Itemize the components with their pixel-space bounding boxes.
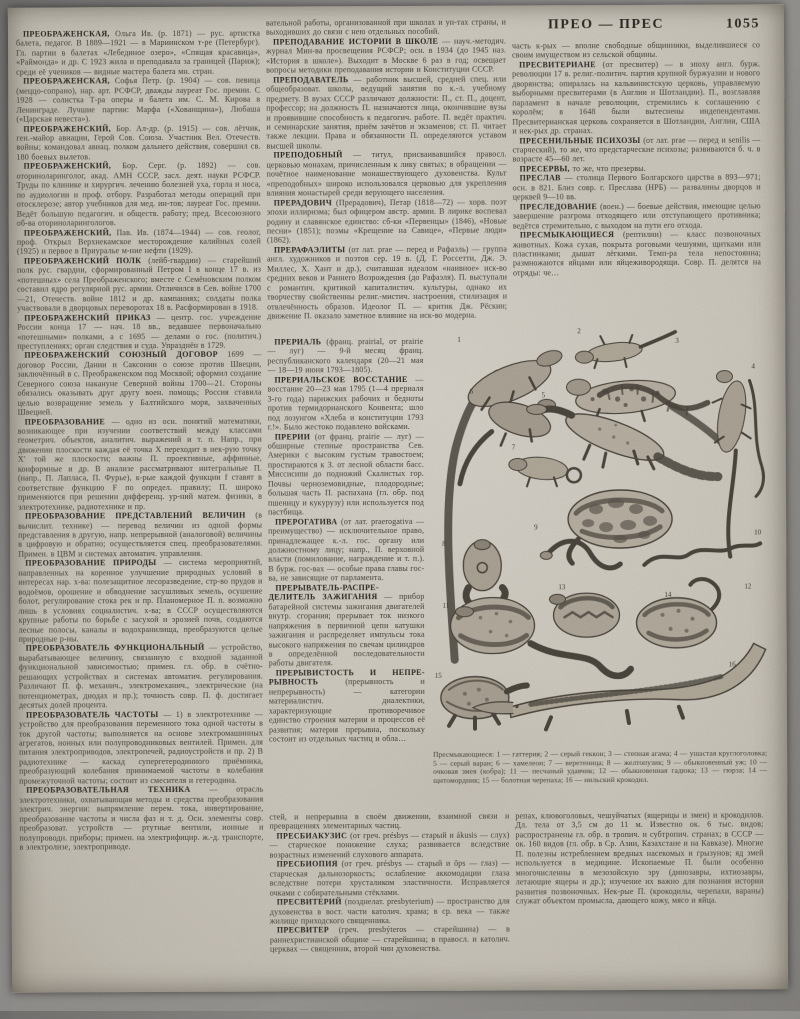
page-number: 1055 — [726, 16, 760, 32]
scanned-encyclopedia-photo: { "header": { "title": "ПРЕО — ПРЕС", "p… — [0, 0, 800, 1011]
dictionary-entry: ПРЕОБРАЗОВАТЕЛЬ ЧАСТОТЫ — 1) в электроте… — [19, 709, 263, 786]
entry-headword: ПРЕОБРАЖЕНСКИЙ, — [24, 162, 123, 171]
entry-headword: ПРЕСВИТЕР — [277, 926, 339, 935]
entry-headword: ПРЕРИИ — [275, 432, 315, 441]
entry-continuation: стей, и непрерывна в своём движении, вза… — [269, 812, 509, 832]
dictionary-entry: ПРЕПОДАВАТЕЛЬ — работник высшей, средней… — [266, 74, 506, 151]
entry-headword: ПРЕРАФАЭЛИТЫ — [274, 245, 349, 254]
dictionary-entry: ПРЕОБРАЖЕНСКАЯ, Софья Петр. (р. 1904) — … — [16, 76, 260, 124]
entry-headword: ПРЕОБРАЖЕНСКИЙ, — [24, 228, 117, 237]
dictionary-entry: ПРЕСЕНИЛЬНЫЕ ПСИХОЗЫ (от лат. prae — пер… — [512, 135, 760, 164]
entry-headword: ПРЕРЫВАТЕЛЬ-РАСПРЕ-ДЕЛИТЕЛЬ ЗАЖИГАНИЯ — [268, 583, 384, 602]
turtle-figure — [441, 676, 527, 728]
figure-caption: Пресмыкающиеся: 1 — гаттерия; 2 — серый … — [433, 749, 767, 812]
figure-number-label: 11 — [442, 602, 449, 610]
entry-headword: ПРЕОБРАЖЕНСКАЯ, — [23, 76, 115, 85]
entry-headword: ПРЕСЛАВ — [520, 174, 565, 183]
dictionary-entry: ПРЕСВИТЕРИАНЕ (от пресвитер) — в эпоху а… — [512, 59, 760, 136]
dictionary-entry: ПРЕОБРАЖЕНСКИЙ, Пав. Ив. (1874—1944) — с… — [17, 227, 261, 256]
entry-continuation: репах, клювоголовых, чешуйчатых (ящерицы… — [515, 810, 763, 906]
figure-number-label: 9 — [534, 523, 538, 531]
dictionary-entry: ПРЕРИАЛЬСКОЕ ВОССТАНИЕ — восстание 20—23… — [267, 375, 423, 432]
viper-coil-figure — [549, 593, 619, 637]
dictionary-entry: ПРЕРЫВИСТОСТЬ И НЕПРЕ-РЫВНОСТЬ (прерывно… — [269, 668, 425, 744]
figure-number-label: 5 — [542, 391, 546, 399]
dictionary-entry: ПРЕОБРАЖЕНСКАЯ, Ольга Ив. (р. 1871) — ру… — [16, 29, 260, 77]
entry-headword: ПРЕОБРАЖЕНСКИЙ СОЮЗНЫЙ ДОГОВОР — [24, 350, 227, 360]
entry-headword: ПРЕОБРАЗОВАНИЕ ПРИРОДЫ — [25, 558, 164, 568]
dictionary-entry: ПРЕРАФАЭЛИТЫ (от лат. prae — перед и Раф… — [267, 244, 507, 321]
column-right-top: часть к-рых — вполне свободные общинники… — [512, 40, 761, 328]
dictionary-entry: ПРЕРЫВАТЕЛЬ-РАСПРЕ-ДЕЛИТЕЛЬ ЗАЖИГАНИЯ — … — [268, 583, 424, 669]
column-middle-top: вательной работы, организованной при шко… — [266, 18, 507, 336]
dictionary-entry: ПРЕСВИТЕРИЙ (позднелат. presbyterium) — … — [270, 897, 510, 926]
entry-headword: ПРЕОБРАЗОВАТЕЛЬ ФУНКЦИОНАЛЬНЫЙ — [26, 643, 209, 653]
figure-number-label: 10 — [754, 528, 761, 536]
dictionary-entry: ПРЕСБИОПИЯ (от греч. présbys — старый и … — [270, 859, 510, 898]
reptiles-illustration: 12345678910111213141516 — [429, 324, 769, 747]
dictionary-entry: ПРЕПОДОБНЫЙ — титул, присваивавшийся пра… — [266, 150, 506, 198]
dictionary-entry: ПРЕРОГАТИВА (от лат. praerogativa — преи… — [268, 516, 424, 583]
dictionary-entry: ПРЕОБРАЗОВАНИЕ ПРИРОДЫ — система меропри… — [18, 558, 262, 644]
dictionary-entry: ПРЕРИИ (от франц. prairie — луг) — обшир… — [268, 431, 424, 517]
dictionary-entry: ПРЕОБРАЖЕНСКИЙ, Бор. Серг. (р. 1892) — с… — [17, 161, 261, 228]
figure-number-label: 8 — [442, 540, 446, 548]
entry-headword: ПРЕОБРАЗОВАТЕЛЬ ЧАСТОТЫ — [26, 710, 163, 720]
entry-headword: ПРЕСЕРВЫ, — [520, 164, 573, 173]
dictionary-entry: ПРЕОБРАЗОВАТЕЛЬ ФУНКЦИОНАЛЬНЫЙ — устройс… — [19, 643, 263, 710]
long-lizard-figure — [712, 370, 751, 556]
running-head: ПРЕО — ПРЕС 1055 — [548, 16, 760, 33]
dictionary-entry: ПРЕСБИАКУЗИС (от греч. présbys — старый … — [269, 830, 509, 859]
dictionary-entry: ПРЕОБРАЗОВАНИЕ — одно из осн. понятий ма… — [18, 416, 262, 512]
column-right-bottom: репах, клювоголовых, чешуйчатых (ящерицы… — [515, 810, 764, 983]
entry-headword: ПРЕОБРАЖЕНСКИЙ, — [23, 124, 116, 133]
figure-number-label: 13 — [558, 583, 565, 591]
small-chameleon-figure — [509, 455, 581, 487]
dictionary-entry: ПРЕОБРАЖЕНСКИЙ, Бор. Ал-др. (р. 1915) — … — [16, 123, 260, 162]
entry-headword: ПРЕСМЫКАЮЩИЕСЯ — [520, 230, 623, 239]
entry-headword: ПРЕРИАЛЬСКОЕ ВОССТАНИЕ — [274, 375, 415, 385]
entry-continuation: часть к-рых — вполне свободные общинники… — [512, 40, 760, 60]
dictionary-entry: ПРЕСЛАВ — столица Первого Болгарского ца… — [513, 173, 761, 202]
column-left: ПРЕОБРАЖЕНСКАЯ, Ольга Ив. (р. 1871) — ру… — [16, 29, 264, 976]
figure-number-label: 12 — [744, 582, 751, 590]
column-middle-narrow: ПРЕРИАЛЬ (франц. prairial, от prairie — … — [267, 337, 425, 816]
entry-headword: ПРЕРИАЛЬ — [274, 337, 326, 346]
entry-headword: ПРЕОБРАЗОВАТЕЛЬНАЯ ТЕХНИКА — [26, 785, 209, 795]
entry-headword: ПРЕСЕНИЛЬНЫЕ ПСИХОЗЫ — [519, 135, 643, 145]
dictionary-entry: ПРЕОБРАЗОВАНИЕ ПРЕДСТАВЛЕНИЙ ВЕЛИЧИН (в … — [18, 511, 262, 559]
figure-number-label: 4 — [751, 362, 755, 370]
entry-headword: ПРЕОБРАЖЕНСКИЙ ПОЛК — [24, 256, 148, 266]
dictionary-entry: ПРЕПОДАВАНИЕ ИСТОРИИ В ШКОЛЕ — науч.-мет… — [266, 36, 506, 75]
entry-headword: ПРЕОБРАЗОВАНИЕ ПРЕДСТАВЛЕНИЙ ВЕЛИЧИН — [25, 511, 255, 521]
entry-headword: ПРЕПОДАВАТЕЛЬ — [273, 75, 353, 84]
dictionary-entry: ПРЕСЛЕДОВАНИЕ (воен.) — боевые действия,… — [513, 201, 761, 230]
dictionary-entry: ПРЕРАДОВИЧ (Прерадович), Петар (1818—72)… — [267, 197, 507, 245]
gecko-figure — [575, 332, 675, 368]
python-coil-figure — [568, 490, 672, 563]
dictionary-entry: ПРЕРИАЛЬ (франц. prairial, от prairie — … — [267, 337, 423, 375]
figure-number-label: 7 — [512, 443, 516, 451]
entry-headword: ПРЕОБРАЖЕНСКАЯ, — [23, 29, 115, 38]
entry-headword: ПРЕСБИОПИЯ — [277, 860, 342, 869]
figure-number-label: 6 — [470, 388, 474, 396]
dictionary-entry: ПРЕСВИТЕР (греч. presbýteros — старейшин… — [270, 925, 510, 954]
figure-number-label: 15 — [435, 672, 442, 680]
entry-headword: ПРЕСВИТЕРИАНЕ — [519, 60, 603, 69]
entry-headword: ПРЕРЫВИСТОСТЬ И НЕПРЕ-РЫВНОСТЬ — [269, 668, 425, 687]
dictionary-entry: ПРЕОБРАЖЕНСКИЙ ПРИКАЗ — центр. гос. учре… — [17, 312, 261, 351]
entry-headword: ПРЕРОГАТИВА — [275, 517, 341, 526]
entry-headword: ПРЕСЛЕДОВАНИЕ — [520, 202, 600, 211]
figure-number-label: 14 — [664, 591, 671, 599]
figure-number-label: 16 — [729, 661, 736, 669]
dictionary-entry: ПРЕСМЫКАЮЩИЕСЯ (рептилии) — класс позвон… — [513, 229, 761, 277]
reptiles-plate-svg — [429, 324, 769, 747]
entry-headword: ПРЕСБИАКУЗИС — [276, 831, 350, 840]
entry-headword: ПРЕОБРАЗОВАНИЕ — [25, 417, 112, 426]
entry-headword: ПРЕСВИТЕРИЙ — [277, 897, 345, 906]
wavy-snake-figure — [644, 543, 760, 565]
encyclopedia-page: ПРЕО — ПРЕС 1055 ПРЕОБРАЖЕНСКАЯ, Ольга И… — [8, 4, 788, 992]
dictionary-entry: ПРЕОБРАЖЕНСКИЙ СОЮЗНЫЙ ДОГОВОР 1699 — до… — [17, 350, 261, 417]
entry-headword: ПРЕПОДОБНЫЙ — [273, 151, 353, 160]
figure-number-label: 2 — [577, 327, 581, 335]
coiled-snake-figure — [636, 579, 719, 648]
entry-headword: ПРЕОБРАЖЕНСКИЙ ПРИКАЗ — [24, 313, 157, 323]
entry-headword: ПРЕПОДАВАНИЕ ИСТОРИИ В ШКОЛЕ — [273, 37, 442, 47]
figure-number-label: 3 — [675, 337, 679, 345]
column-middle-bottom: стей, и непрерывна в своём движении, вза… — [269, 812, 510, 987]
entry-headword: ПРЕРАДОВИЧ — [274, 198, 336, 207]
dictionary-entry: ПРЕОБРАЗОВАТЕЛЬНАЯ ТЕХНИКА — отрасль эле… — [19, 785, 263, 852]
dictionary-entry: ПРЕОБРАЖЕНСКИЙ ПОЛК (лейб-гвардии) — ста… — [17, 255, 261, 313]
figure-number-label: 1 — [457, 336, 461, 344]
running-head-range: ПРЕО — ПРЕС — [548, 17, 664, 34]
entry-continuation: вательной работы, организованной при шко… — [266, 18, 506, 38]
